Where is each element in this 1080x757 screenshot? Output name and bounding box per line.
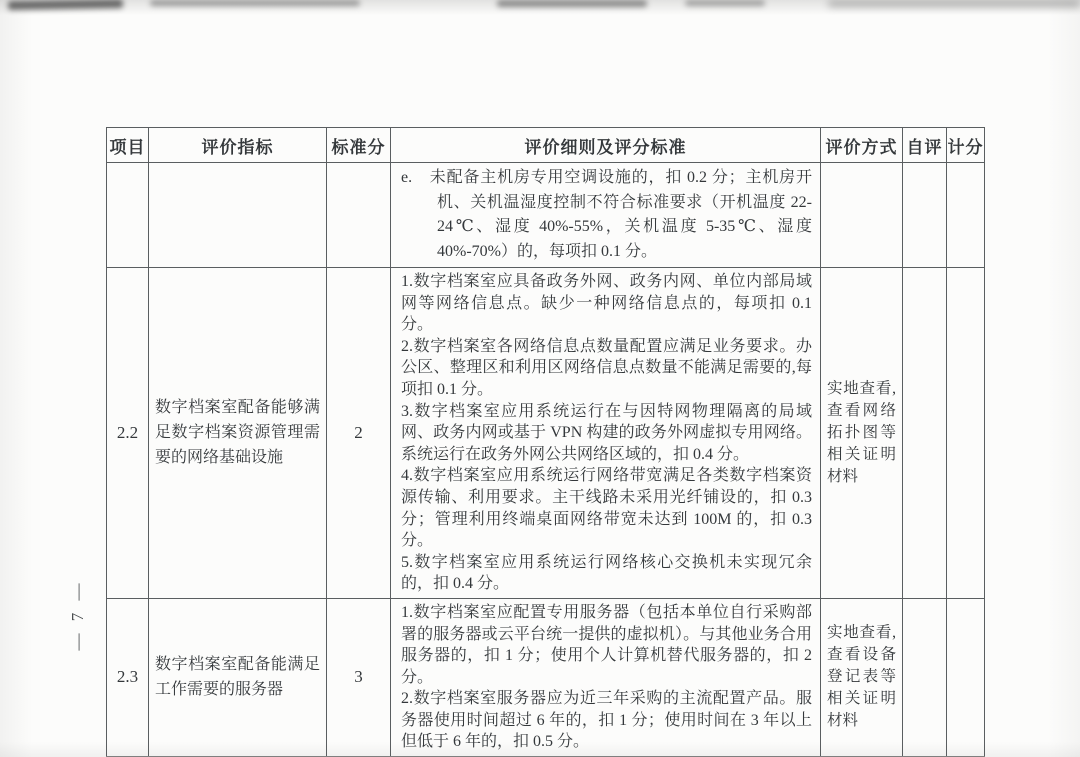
evaluation-table: 项目 评价指标 标准分 评价细则及评分标准 评价方式 自评 计分 e. 未配备主… bbox=[106, 127, 985, 757]
scan-artifact bbox=[150, 0, 360, 6]
cell-item-no: 2.2 bbox=[107, 268, 149, 599]
table-row: 2.2 数字档案室配备能够满足数字档案资源管理需要的网络基础设施 2 1.数字档… bbox=[107, 268, 985, 599]
scanned-document-page: — 7 — 项目 评价指标 标准分 评价细则及评分标准 评价方式 自评 计分 bbox=[0, 0, 1080, 757]
col-header-method: 评价方式 bbox=[821, 128, 903, 163]
cell-item-no bbox=[107, 163, 149, 268]
scan-artifact bbox=[497, 0, 647, 7]
page-number: — 7 — bbox=[68, 577, 88, 653]
cell-score bbox=[947, 268, 985, 599]
cell-self-eval bbox=[903, 598, 947, 757]
cell-indicator: 数字档案室配备能够满足数字档案资源管理需要的网络基础设施 bbox=[149, 268, 327, 599]
cell-indicator: 数字档案室配备能满足工作需要的服务器 bbox=[149, 598, 327, 757]
cell-self-eval bbox=[903, 268, 947, 599]
criteria-item: 2.数字档案室各网络信息点数量配置应满足业务要求。办公区、整理区和利用区网络信息… bbox=[401, 336, 812, 401]
scan-artifact bbox=[8, 0, 123, 10]
cell-criteria: 1.数字档案室应配置专用服务器（包括本单位自行采购部署的服务器或云平台统一提供的… bbox=[391, 598, 821, 757]
table-row: 2.3 数字档案室配备能满足工作需要的服务器 3 1.数字档案室应配置专用服务器… bbox=[107, 598, 985, 757]
cell-criteria: 1.数字档案室应具备政务外网、政务内网、单位内部局域网等网络信息点。缺少一种网络… bbox=[391, 268, 821, 599]
cell-standard-score: 2 bbox=[327, 268, 391, 599]
col-header-self-eval: 自评 bbox=[903, 128, 947, 163]
criteria-item: 1.数字档案室应具备政务外网、政务内网、单位内部局域网等网络信息点。缺少一种网络… bbox=[401, 271, 812, 336]
col-header-criteria: 评价细则及评分标准 bbox=[391, 128, 821, 163]
scan-artifact bbox=[828, 0, 1080, 7]
criteria-item: 3.数字档案室应用系统运行在与因特网物理隔离的局域网、政务内网或基于 VPN 构… bbox=[401, 401, 812, 466]
col-header-standard-score: 标准分 bbox=[327, 128, 391, 163]
scan-artifact bbox=[685, 0, 765, 6]
cell-method: 实地查看,查看设备登记表等相关证明材料 bbox=[821, 598, 903, 757]
criteria-item: 2.数字档案室服务器应为近三年采购的主流配置产品。服务器使用时间超过 6 年的，… bbox=[401, 688, 812, 753]
col-header-score: 计分 bbox=[947, 128, 985, 163]
cell-criteria: e. 未配备主机房专用空调设施的，扣 0.2 分；主机房开机、关机温湿度控制不符… bbox=[391, 163, 821, 268]
table-header-row: 项目 评价指标 标准分 评价细则及评分标准 评价方式 自评 计分 bbox=[107, 128, 985, 163]
cell-score bbox=[947, 598, 985, 757]
table-row: e. 未配备主机房专用空调设施的，扣 0.2 分；主机房开机、关机温湿度控制不符… bbox=[107, 163, 985, 268]
col-header-item-no: 项目 bbox=[107, 128, 149, 163]
cell-method: 实地查看,查看网络拓扑图等相关证明材料 bbox=[821, 268, 903, 599]
cell-score bbox=[947, 163, 985, 268]
criteria-item: e. 未配备主机房专用空调设施的，扣 0.2 分；主机房开机、关机温湿度控制不符… bbox=[401, 166, 812, 264]
cell-standard-score bbox=[327, 163, 391, 268]
cell-item-no: 2.3 bbox=[107, 598, 149, 757]
criteria-item: 4.数字档案室应用系统运行网络带宽满足各类数字档案资源传输、利用要求。主干线路未… bbox=[401, 465, 812, 551]
col-header-indicator: 评价指标 bbox=[149, 128, 327, 163]
cell-standard-score: 3 bbox=[327, 598, 391, 757]
criteria-item: 1.数字档案室应配置专用服务器（包括本单位自行采购部署的服务器或云平台统一提供的… bbox=[401, 602, 812, 688]
cell-indicator bbox=[149, 163, 327, 268]
cell-self-eval bbox=[903, 163, 947, 268]
cell-method bbox=[821, 163, 903, 268]
criteria-item: 5.数字档案室应用系统运行网络核心交换机未实现冗余的，扣 0.4 分。 bbox=[401, 552, 812, 595]
